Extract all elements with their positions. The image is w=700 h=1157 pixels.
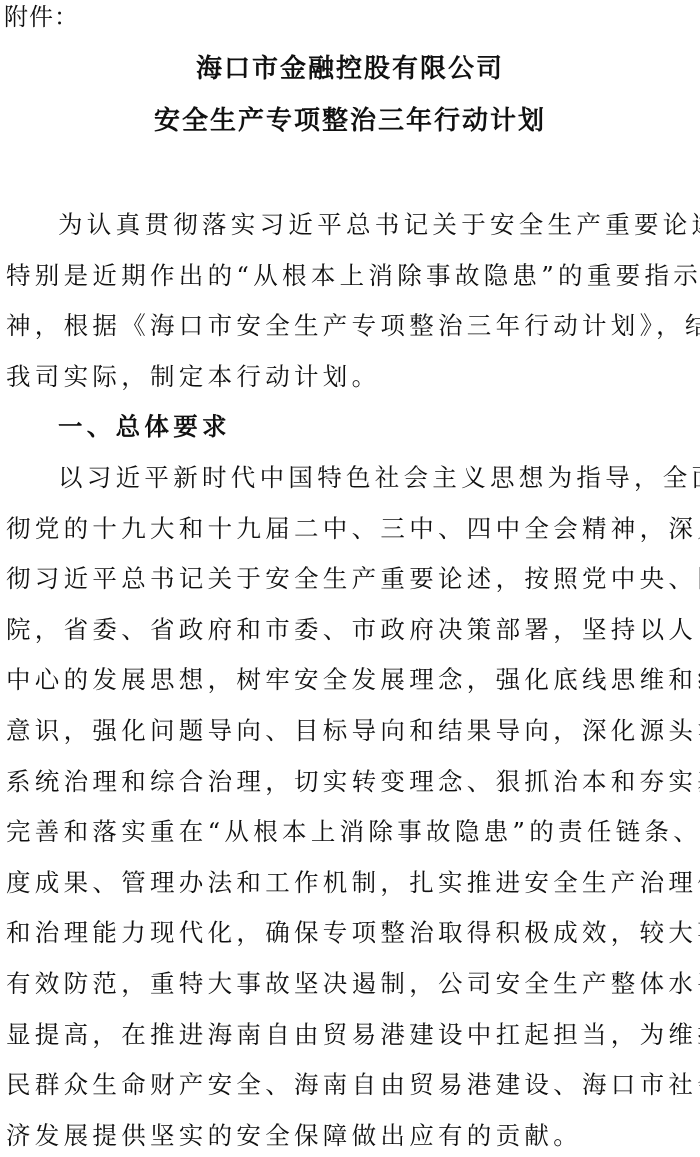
document-title-line-1: 海口市金融控股有限公司: [0, 52, 700, 86]
attachment-label: 附件：: [4, 2, 79, 32]
paragraph-requirements-line: 院，省委、省政府和市委、市政府决策部署，坚持以人民为: [6, 605, 696, 656]
paragraph-requirements-line: 彻党的十九大和十九届二中、三中、四中全会精神，深入贯: [6, 504, 696, 555]
paragraph-requirements-line: 中心的发展思想，树牢安全发展理念，强化底线思维和红线: [6, 655, 696, 706]
paragraph-intro-line: 为认真贯彻落实习近平总书记关于安全生产重要论述，: [6, 200, 696, 251]
paragraph-requirements-line: 意识，强化问题导向、目标导向和结果导向，深化源头治理、: [6, 706, 696, 757]
paragraph-requirements-line: 系统治理和综合治理，切实转变理念、狠抓治本和夯实基础，: [6, 757, 696, 808]
section-heading: 一、总体要求: [6, 402, 696, 453]
paragraph-requirements-line: 显提高，在推进海南自由贸易港建设中扛起担当，为维护人: [6, 1010, 696, 1061]
paragraph-requirements-line: 济发展提供坚实的安全保障做出应有的贡献。: [6, 1111, 696, 1157]
paragraph-requirements-line: 民群众生命财产安全、海南自由贸易港建设、海口市社会经: [6, 1060, 696, 1111]
paragraph-requirements-line: 完善和落实重在“从根本上消除事故隐患”的责任链条、制: [6, 807, 696, 858]
paragraph-intro-line: 我司实际，制定本行动计划。: [6, 352, 696, 403]
paragraph-intro-line: 特别是近期作出的“从根本上消除事故隐患”的重要指示精: [6, 251, 696, 302]
paragraph-requirements-line: 以习近平新时代中国特色社会主义思想为指导，全面贯: [6, 453, 696, 504]
paragraph-requirements-line: 和治理能力现代化，确保专项整治取得积极成效，较大事故: [6, 908, 696, 959]
paragraph-requirements-line: 彻习近平总书记关于安全生产重要论述，按照党中央、国务: [6, 554, 696, 605]
paragraph-requirements-line: 有效防范，重特大事故坚决遏制，公司安全生产整体水平明: [6, 959, 696, 1010]
document-body: 为认真贯彻落实习近平总书记关于安全生产重要论述， 特别是近期作出的“从根本上消除…: [6, 200, 696, 1157]
document-title-line-2: 安全生产专项整治三年行动计划: [0, 104, 700, 138]
paragraph-intro-line: 神，根据《海口市安全生产专项整治三年行动计划》，结合: [6, 301, 696, 352]
paragraph-requirements-line: 度成果、管理办法和工作机制，扎实推进安全生产治理体系: [6, 858, 696, 909]
